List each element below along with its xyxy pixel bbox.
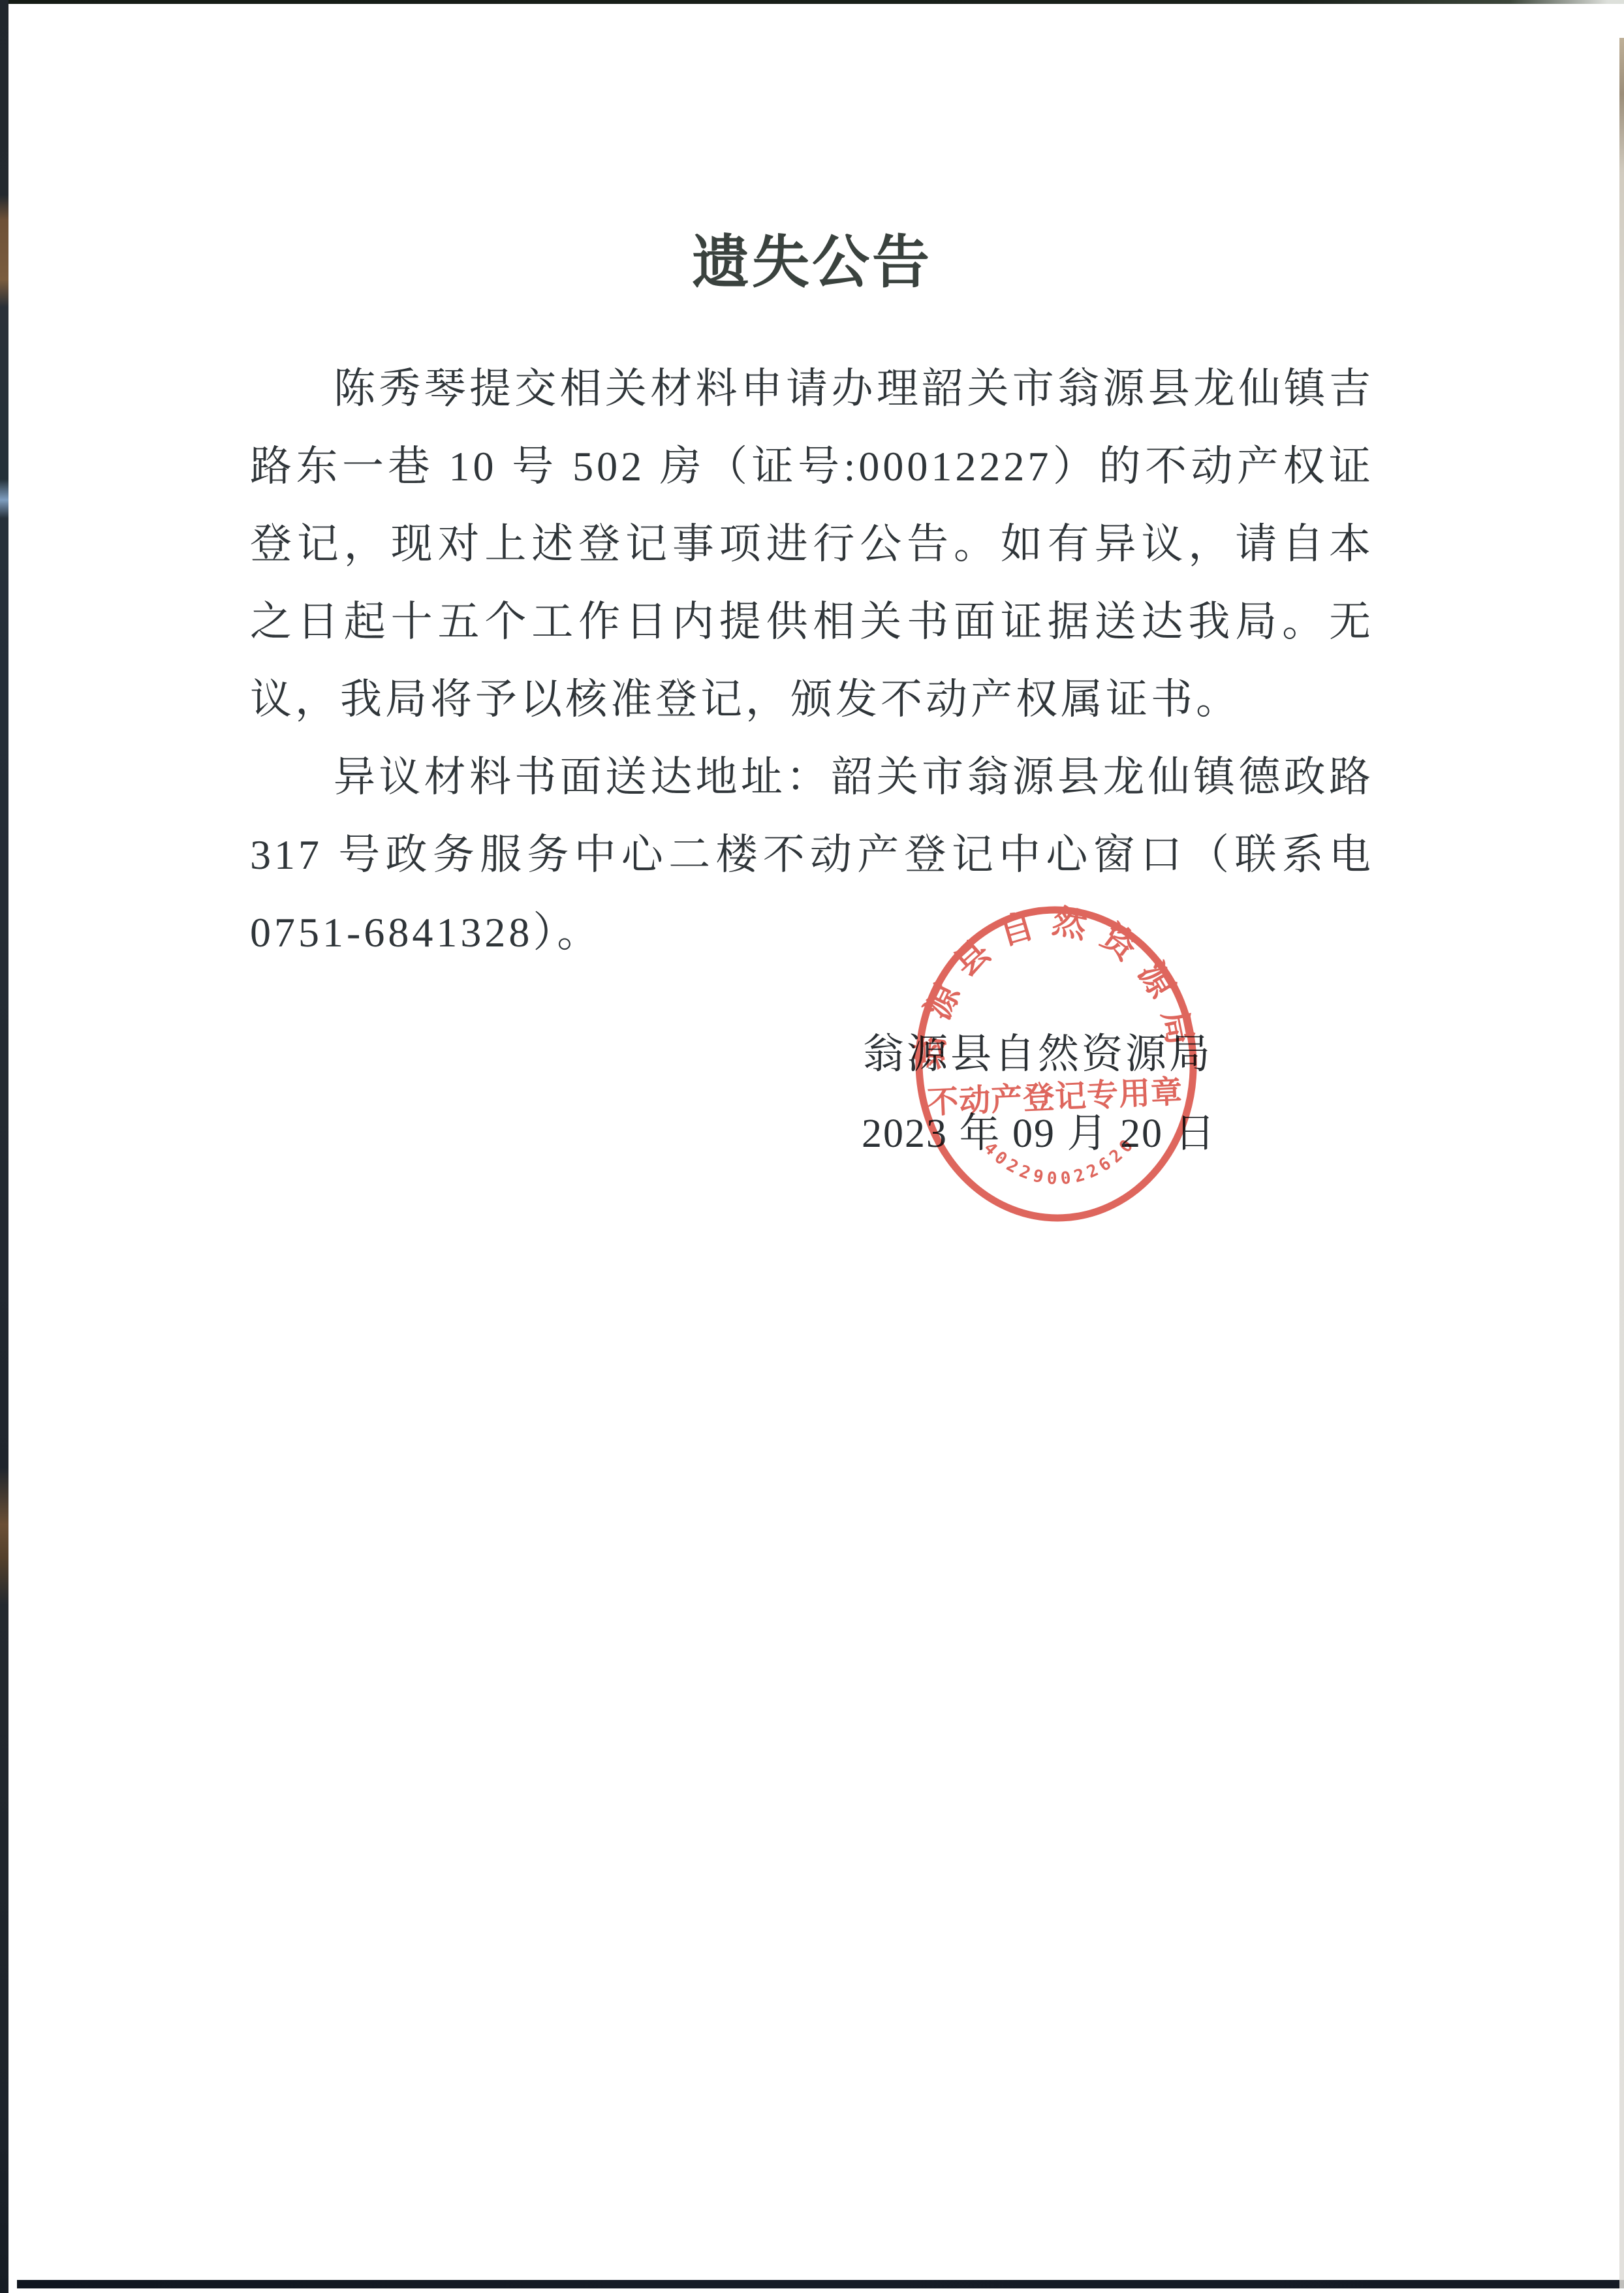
official-stamp: 翁源县自然资源局 不动产登记专用章 402290022620 xyxy=(896,889,1217,1238)
scan-edge-top xyxy=(0,0,1624,4)
body-line-8: 0751-6841328）。 xyxy=(250,894,1374,971)
scan-edge-left xyxy=(0,0,8,2293)
body-line-1: 陈秀琴提交相关材料申请办理韶关市翁源县龙仙镇吉祥 xyxy=(250,350,1374,428)
scan-edge-right xyxy=(1619,38,1624,2288)
scanned-document-page: 遗失公告 陈秀琴提交相关材料申请办理韶关市翁源县龙仙镇吉祥 路东一巷 10 号 … xyxy=(0,0,1624,2293)
body-line-7: 317 号政务服务中心二楼不动产登记中心窗口（联系电话： xyxy=(250,816,1374,894)
body-line-6: 异议材料书面送达地址：韶关市翁源县龙仙镇德政路 xyxy=(250,738,1374,816)
body-line-3: 登记，现对上述登记事项进行公告。如有异议，请自本公告 xyxy=(250,505,1374,583)
stamp-digits-container: 402290022620 xyxy=(979,1132,1142,1192)
document-title: 遗失公告 xyxy=(250,230,1374,295)
scan-edge-bottom xyxy=(17,2280,1624,2288)
body-line-2: 路东一巷 10 号 502 房（证号:00012227）的不动产权证遗失 xyxy=(250,428,1374,505)
stamp-serial-digits: 402290022620 xyxy=(979,1132,1142,1192)
stamp-arc-text: 翁源县自然资源局 xyxy=(903,896,1201,1073)
stamp-arc-text-container: 翁源县自然资源局 xyxy=(903,896,1201,1073)
document-body: 陈秀琴提交相关材料申请办理韶关市翁源县龙仙镇吉祥 路东一巷 10 号 502 房… xyxy=(250,350,1374,971)
body-line-5: 议，我局将予以核准登记，颁发不动产权属证书。 xyxy=(250,661,1374,738)
body-line-4: 之日起十五个工作日内提供相关书面证据送达我局。无异 xyxy=(250,583,1374,661)
stamp-center-text: 不动产登记专用章 xyxy=(926,1074,1183,1121)
